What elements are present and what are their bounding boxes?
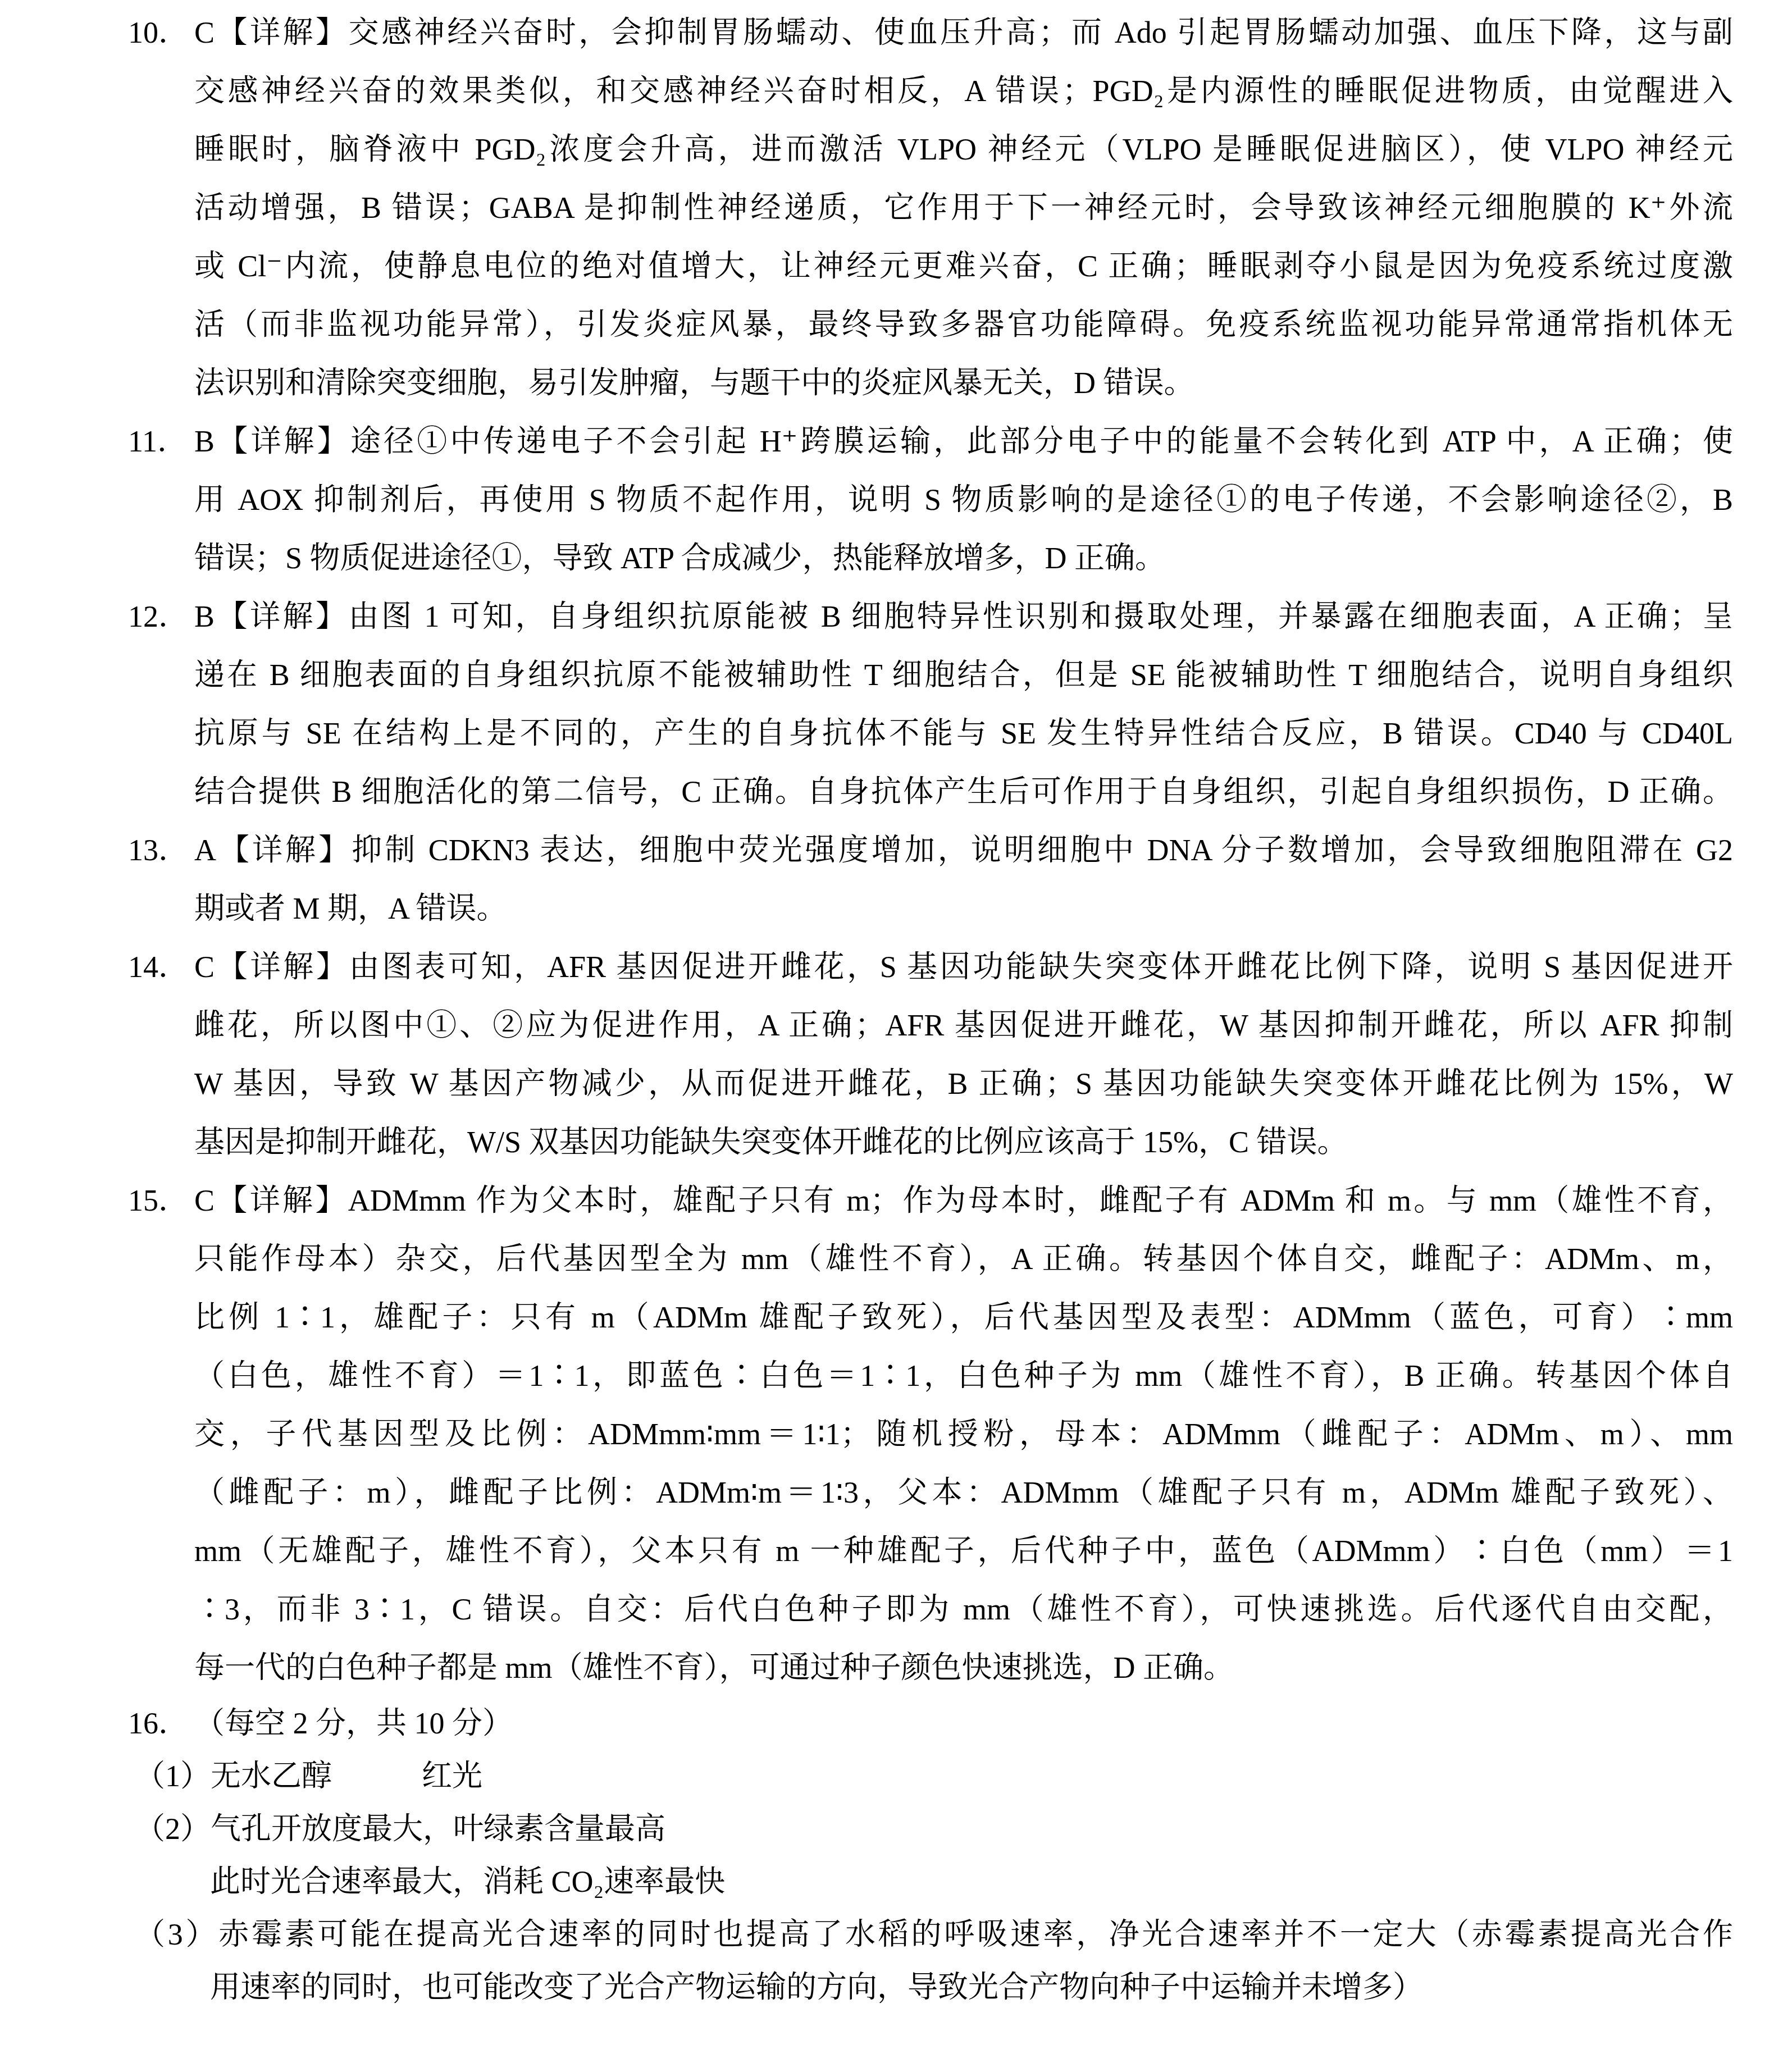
answer-text: C【详解】由图表可知，AFR 基因促进开雌花，S 基因功能缺失突变体开雌花比例下… [194, 950, 1733, 984]
document-content: 10．C【详解】交感神经兴奋时，会抑制胃肠蠕动、使血压升高；而 Ado 引起胃肠… [0, 0, 1733, 2014]
answer-line: 法识别和清除突变细胞，易引发肿瘤，与题干中的炎症风暴无关，D 错误。 [0, 354, 1733, 412]
answer-text: （每空 2 分，共 10 分） [194, 1706, 513, 1740]
answer-line: 每一代的白色种子都是 mm（雄性不育），可通过种子颜色快速挑选，D 正确。 [0, 1639, 1733, 1697]
item-number: 13． [128, 821, 189, 879]
answer-sub-item-3: （3）赤霉素可能在提高光合速率的同时也提高了水稻的呼吸速率，净光合速率并不一定大… [0, 1908, 1733, 2014]
answer-line: W 基因，导致 W 基因产物减少，从而促进开雌花，B 正确；S 基因功能缺失突变… [0, 1055, 1733, 1113]
answer-item-13: 13．A【详解】抑制 CDKN3 表达，细胞中荧光强度增加，说明细胞中 DNA … [0, 821, 1733, 938]
answer-line: （1）无水乙醇红光 [0, 1750, 1733, 1802]
answer-line: 交，子代基因型及比例：ADMmm∶mm＝1∶1；随机授粉，母本：ADMmm（雌配… [0, 1405, 1733, 1463]
answer-line: 14．C【详解】由图表可知，AFR 基因促进开雌花，S 基因功能缺失突变体开雌花… [0, 938, 1733, 996]
item-number: 15． [128, 1171, 189, 1230]
answer-text: B【详解】由图 1 可知，自身组织抗原能被 B 细胞特异性识别和摄取处理，并暴露… [194, 600, 1733, 633]
answer-text: C【详解】ADMmm 作为父本时，雄配子只有 m；作为母本时，雌配子有 ADMm… [194, 1184, 1733, 1217]
answer-line: （2）气孔开放度最大，叶绿素含量最高 [0, 1802, 1733, 1855]
answer-item-15: 15．C【详解】ADMmm 作为父本时，雄配子只有 m；作为母本时，雌配子有 A… [0, 1171, 1733, 1697]
answer-line: 12．B【详解】由图 1 可知，自身组织抗原能被 B 细胞特异性识别和摄取处理，… [0, 587, 1733, 646]
answer-line: 或 Cl⁻内流，使静息电位的绝对值增大，让神经元更难兴奋，C 正确；睡眠剥夺小鼠… [0, 237, 1733, 295]
answer-item-10: 10．C【详解】交感神经兴奋时，会抑制胃肠蠕动、使血压升高；而 Ado 引起胃肠… [0, 3, 1733, 412]
answer-line: 16．（每空 2 分，共 10 分） [0, 1697, 1733, 1750]
item-number: 10． [128, 3, 189, 62]
blank-answer-2: 红光 [422, 1759, 482, 1793]
answer-line: 用 AOX 抑制剂后，再使用 S 物质不起作用，说明 S 物质影响的是途径①的电… [0, 471, 1733, 529]
answer-line: 期或者 M 期，A 错误。 [0, 879, 1733, 938]
answer-sub-item-2: （2）气孔开放度最大，叶绿素含量最高 此时光合速率最大，消耗 CO₂速率最快 [0, 1802, 1733, 1908]
item-number: 14． [128, 938, 189, 996]
blank-answer-1: （1）无水乙醇 [135, 1759, 332, 1793]
answer-item-12: 12．B【详解】由图 1 可知，自身组织抗原能被 B 细胞特异性识别和摄取处理，… [0, 587, 1733, 821]
answer-line: 递在 B 细胞表面的自身组织抗原不能被辅助性 T 细胞结合，但是 SE 能被辅助… [0, 646, 1733, 704]
answer-line: 11．B【详解】途径①中传递电子不会引起 H⁺跨膜运输，此部分电子中的能量不会转… [0, 412, 1733, 471]
answer-sub-item-1: （1）无水乙醇红光 [0, 1750, 1733, 1802]
answer-item-11: 11．B【详解】途径①中传递电子不会引起 H⁺跨膜运输，此部分电子中的能量不会转… [0, 412, 1733, 587]
item-number: 11． [128, 412, 188, 471]
answer-line: 错误；S 物质促进途径①，导致 ATP 合成减少，热能释放增多，D 正确。 [0, 529, 1733, 587]
answer-line: mm（无雄配子，雄性不育），父本只有 m 一种雄配子，后代种子中，蓝色（ADMm… [0, 1522, 1733, 1580]
answer-line: 雌花，所以图中①、②应为促进作用，A 正确；AFR 基因促进开雌花，W 基因抑制… [0, 996, 1733, 1055]
answer-line: 用速率的同时，也可能改变了光合产物运输的方向，导致光合产物向种子中运输并未增多） [0, 1961, 1733, 2014]
answer-text: B【详解】途径①中传递电子不会引起 H⁺跨膜运输，此部分电子中的能量不会转化到 … [194, 425, 1733, 458]
item-number: 12． [128, 587, 189, 646]
answer-line: 比例 1∶1，雄配子：只有 m（ADMm 雄配子致死），后代基因型及表型：ADM… [0, 1288, 1733, 1347]
answer-line: ∶3，而非 3∶1，C 错误。自交：后代白色种子即为 mm（雄性不育），可快速挑… [0, 1580, 1733, 1639]
item-number: 16． [128, 1697, 189, 1750]
answer-line: 交感神经兴奋的效果类似，和交感神经兴奋时相反，A 错误；PGD₂是内源性的睡眠促… [0, 62, 1733, 120]
answer-line: （3）赤霉素可能在提高光合速率的同时也提高了水稻的呼吸速率，净光合速率并不一定大… [0, 1908, 1733, 1961]
answer-line: （白色，雄性不育）＝1∶1，即蓝色∶白色＝1∶1，白色种子为 mm（雄性不育），… [0, 1347, 1733, 1405]
answer-item-16: 16．（每空 2 分，共 10 分） [0, 1697, 1733, 1750]
answer-item-14: 14．C【详解】由图表可知，AFR 基因促进开雌花，S 基因功能缺失突变体开雌花… [0, 938, 1733, 1171]
answer-line: 只能作母本）杂交，后代基因型全为 mm（雄性不育），A 正确。转基因个体自交，雌… [0, 1230, 1733, 1288]
answer-line: 此时光合速率最大，消耗 CO₂速率最快 [0, 1855, 1733, 1908]
answer-line: 活（而非监视功能异常），引发炎症风暴，最终导致多器官功能障碍。免疫系统监视功能异… [0, 295, 1733, 354]
answer-sheet-page: { "document": { "background": "#ffffff",… [0, 0, 1783, 2072]
answer-line: 活动增强，B 错误；GABA 是抑制性神经递质，它作用于下一神经元时，会导致该神… [0, 179, 1733, 237]
answer-text: C【详解】交感神经兴奋时，会抑制胃肠蠕动、使血压升高；而 Ado 引起胃肠蠕动加… [194, 16, 1733, 49]
answer-line: （雌配子：m），雌配子比例：ADMm∶m＝1∶3，父本：ADMmm（雄配子只有 … [0, 1463, 1733, 1522]
answer-text: A【详解】抑制 CDKN3 表达，细胞中荧光强度增加，说明细胞中 DNA 分子数… [194, 833, 1733, 867]
answer-line: 10．C【详解】交感神经兴奋时，会抑制胃肠蠕动、使血压升高；而 Ado 引起胃肠… [0, 3, 1733, 62]
answer-line: 15．C【详解】ADMmm 作为父本时，雄配子只有 m；作为母本时，雌配子有 A… [0, 1171, 1733, 1230]
answer-line: 13．A【详解】抑制 CDKN3 表达，细胞中荧光强度增加，说明细胞中 DNA … [0, 821, 1733, 879]
answer-line: 基因是抑制开雌花，W/S 双基因功能缺失突变体开雌花的比例应该高于 15%，C … [0, 1113, 1733, 1171]
answer-line: 睡眠时，脑脊液中 PGD₂浓度会升高，进而激活 VLPO 神经元（VLPO 是睡… [0, 120, 1733, 179]
answer-line: 结合提供 B 细胞活化的第二信号，C 正确。自身抗体产生后可作用于自身组织，引起… [0, 763, 1733, 821]
answer-line: 抗原与 SE 在结构上是不同的，产生的自身抗体不能与 SE 发生特异性结合反应，… [0, 704, 1733, 763]
